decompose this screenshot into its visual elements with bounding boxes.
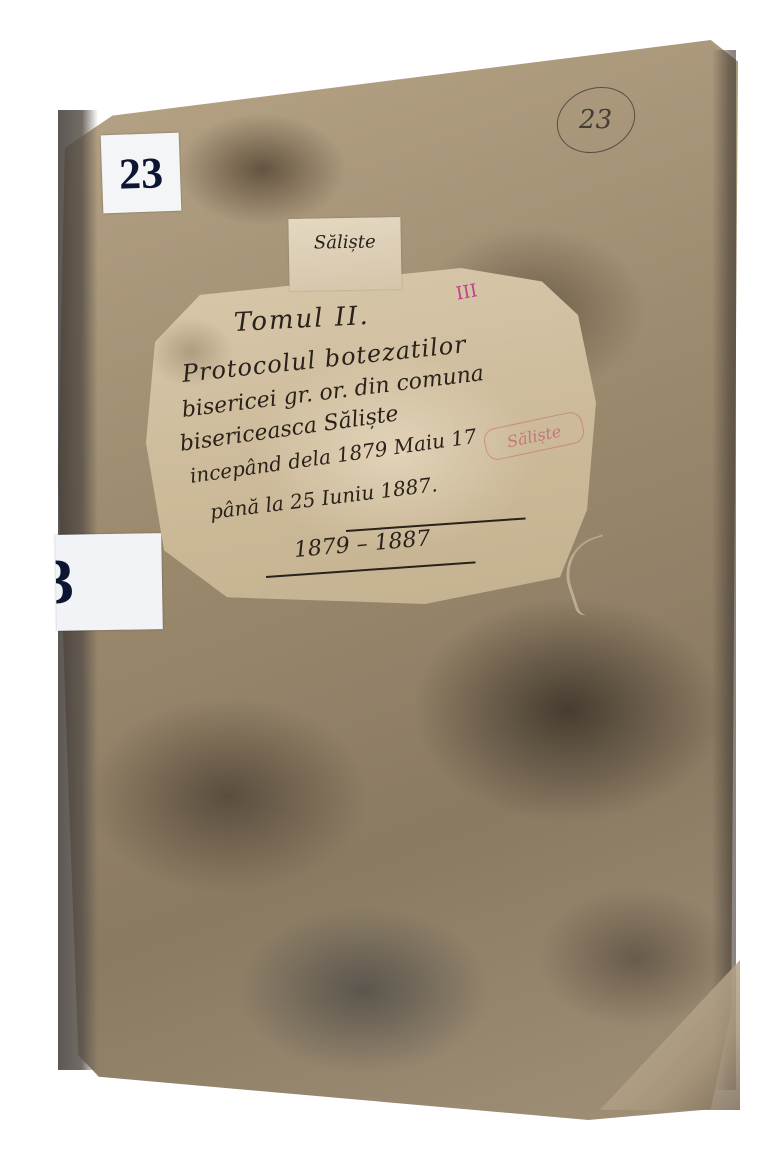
label-underline-1: [346, 517, 526, 531]
inventory-number-sticker: 23: [101, 133, 182, 214]
place-name-text: Săliște: [314, 231, 376, 253]
label-date-range: 1879 – 1887: [293, 526, 432, 563]
place-name-tab: Săliște: [288, 217, 401, 291]
pink-roman-numeral: III: [454, 280, 479, 304]
label-volume-title: Tomul II.: [233, 301, 370, 338]
inventory-number: 23: [118, 147, 164, 200]
pencil-number-text: 23: [579, 105, 612, 135]
label-underline-2: [266, 561, 476, 577]
side-sticker-partial-digit: 3: [55, 545, 74, 620]
book-right-edge: [712, 50, 736, 1090]
